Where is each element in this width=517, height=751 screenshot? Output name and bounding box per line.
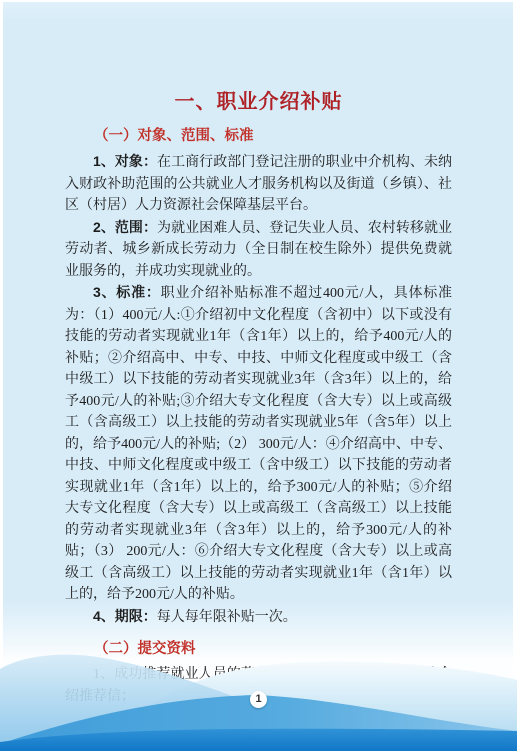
- paragraph-label: 3、标准：: [93, 284, 161, 300]
- section-heading: （二）提交资料: [65, 639, 452, 659]
- paragraph-standard: 3、标准：职业介绍补贴标准不超过400元/人，具体标准为：（1）400元/人:①…: [65, 282, 452, 606]
- document-page: 一、职业介绍补贴 （一）对象、范围、标准 1、对象：在工商行政部门登记注册的职业…: [0, 0, 517, 751]
- page-title: 一、职业介绍补贴: [65, 0, 452, 115]
- page-number: 1: [255, 693, 261, 705]
- paragraph-label: 1、对象：: [93, 153, 157, 169]
- paragraph-label: 4、期限：: [93, 608, 157, 624]
- page-number-badge: 1: [250, 691, 267, 708]
- paragraph-term: 4、期限：每人每年限补贴一次。: [65, 606, 452, 629]
- paragraph-text: 每人每年限补贴一次。: [157, 610, 297, 625]
- section-targets-scope-standards: （一）对象、范围、标准 1、对象：在工商行政部门登记注册的职业中介机构、未纳入财…: [65, 126, 452, 628]
- section-heading: （一）对象、范围、标准: [65, 126, 452, 146]
- paragraph-scope: 2、范围：为就业困难人员、登记失业人员、农村转移就业劳动者、城乡新成长劳动力（全…: [65, 217, 452, 283]
- paragraph-target: 1、对象：在工商行政部门登记注册的职业中介机构、未纳入财政补助范围的公共就业人才…: [65, 151, 452, 217]
- document-content: 一、职业介绍补贴 （一）对象、范围、标准 1、对象：在工商行政部门登记注册的职业…: [0, 0, 517, 707]
- paragraph-label: 2、范围：: [93, 219, 157, 235]
- paragraph-text: 职业介绍补贴标准不超过400元/人，具体标准为：（1）400元/人:①介绍初中文…: [65, 286, 452, 602]
